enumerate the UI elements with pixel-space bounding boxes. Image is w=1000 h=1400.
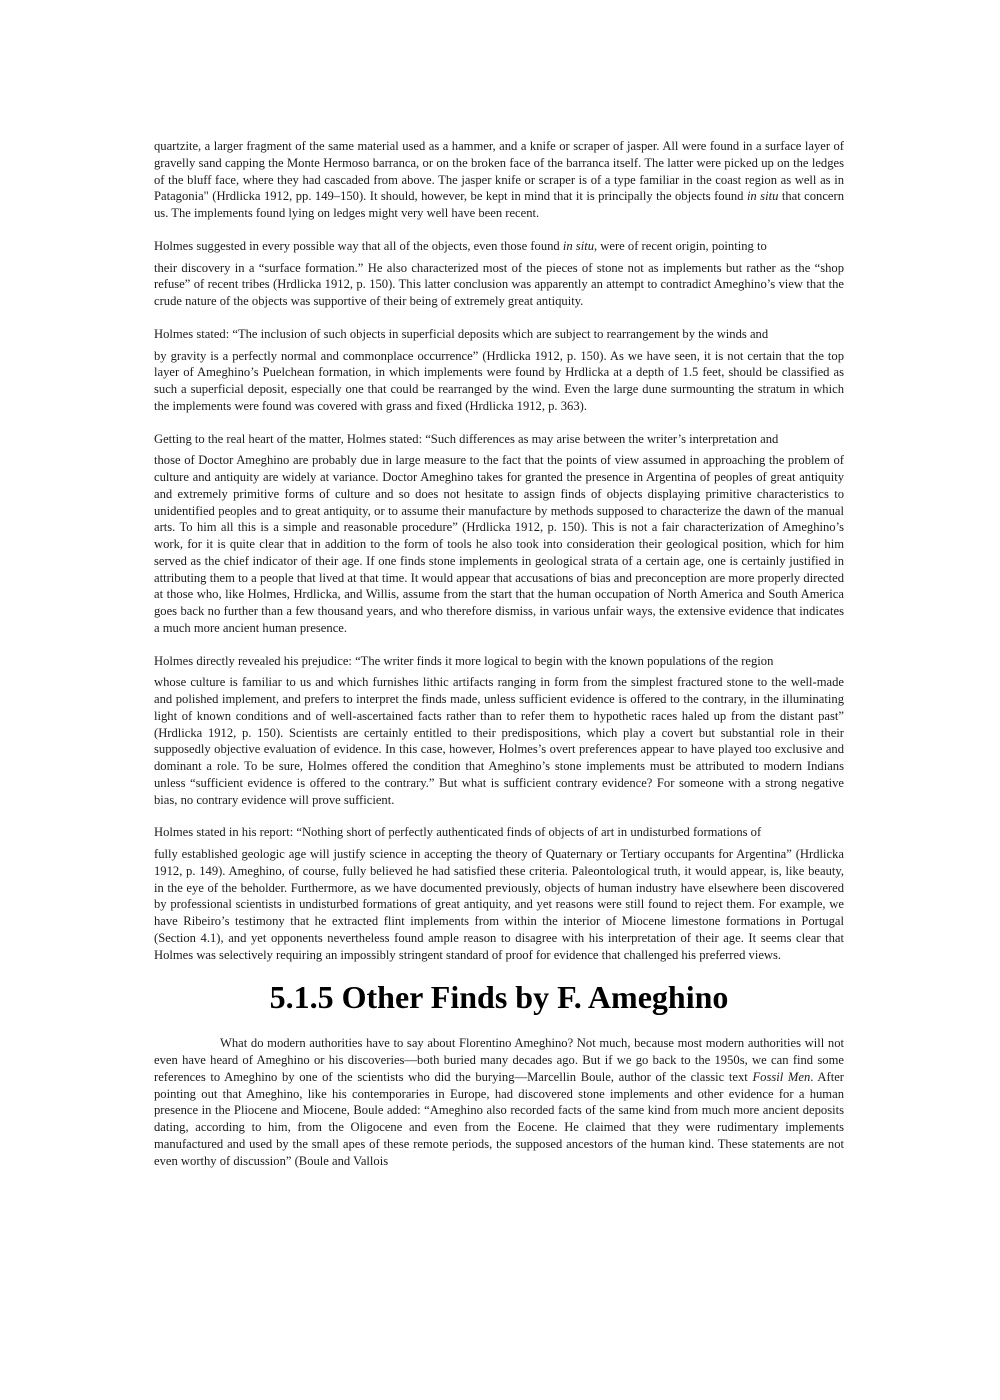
paragraph-real-heart: Getting to the real heart of the matter,… <box>154 431 844 637</box>
paragraph-text: Holmes suggested in every possible way t… <box>154 239 563 253</box>
paragraph-text: fully established geologic age will just… <box>154 847 844 962</box>
paragraph-first-line: Getting to the real heart of the matter,… <box>154 431 844 448</box>
document-page: quartzite, a larger fragment of the same… <box>154 138 844 1169</box>
paragraph-text: by gravity is a perfectly normal and com… <box>154 349 844 413</box>
paragraph-holmes-stated-inclusion: Holmes stated: “The inclusion of such ob… <box>154 326 844 415</box>
paragraph-text: quartzite, a larger fragment of the same… <box>154 139 844 203</box>
paragraph-text: whose culture is familiar to us and whic… <box>154 675 844 806</box>
paragraph-first-line: Holmes stated: “The inclusion of such ob… <box>154 326 844 343</box>
paragraph-prejudice: Holmes directly revealed his prejudice: … <box>154 653 844 809</box>
section-heading: 5.1.5 Other Finds by F. Ameghino <box>154 977 844 1017</box>
paragraph-first-line: Holmes stated in his report: “Nothing sh… <box>154 824 844 841</box>
paragraph-text: , were of recent origin, pointing to <box>594 239 767 253</box>
book-title: Fossil Men <box>752 1070 810 1084</box>
paragraph-first-line: Holmes suggested in every possible way t… <box>154 238 844 255</box>
paragraph-first-line: Holmes directly revealed his prejudice: … <box>154 653 844 670</box>
paragraph-text: . After pointing out that Ameghino, like… <box>154 1070 844 1168</box>
paragraph-other-finds: What do modern authorities have to say a… <box>154 1035 844 1169</box>
paragraph-text: those of Doctor Ameghino are probably du… <box>154 453 844 635</box>
paragraph-text: their discovery in a “surface formation.… <box>154 261 844 309</box>
italic-term: in situ <box>563 239 594 253</box>
paragraph-report: Holmes stated in his report: “Nothing sh… <box>154 824 844 963</box>
italic-term: in situ <box>747 189 778 203</box>
paragraph-holmes-suggested: Holmes suggested in every possible way t… <box>154 238 844 310</box>
paragraph-text: What do modern authorities have to say a… <box>154 1036 844 1084</box>
paragraph-quartzite: quartzite, a larger fragment of the same… <box>154 138 844 222</box>
